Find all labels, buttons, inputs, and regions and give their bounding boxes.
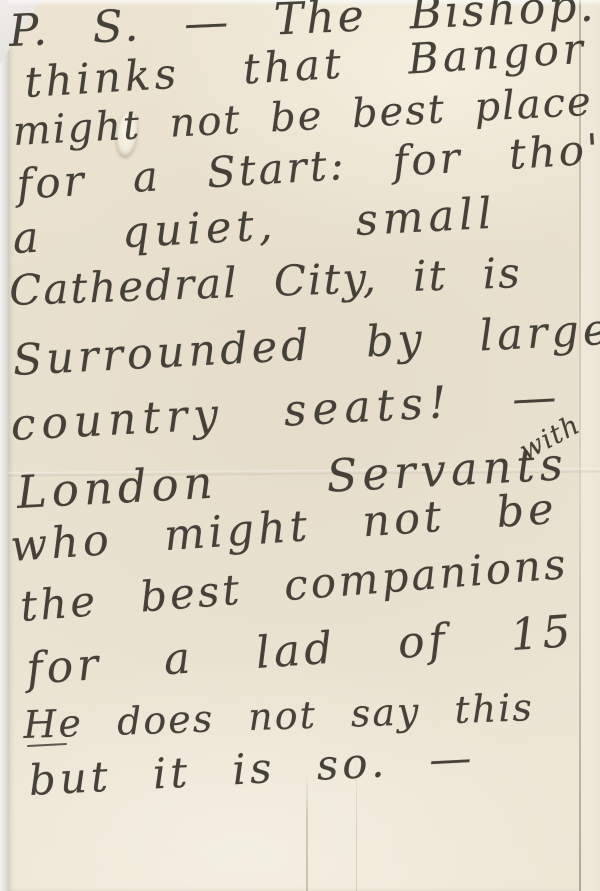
scanned-letter-page: P. S. — The Bishop. thinks that Bangor m… bbox=[0, 0, 600, 891]
